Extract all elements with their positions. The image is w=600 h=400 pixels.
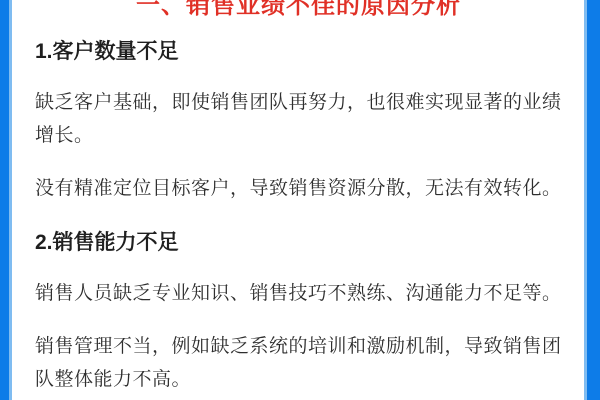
- paragraph: 销售人员缺乏专业知识、销售技巧不熟练、沟通能力不足等。: [35, 277, 562, 310]
- page-background: 一、销售业绩不佳的原因分析 1.客户数量不足 缺乏客户基础，即使销售团队再努力，…: [0, 0, 600, 400]
- section-heading-sales-ability: 2.销售能力不足: [35, 229, 562, 257]
- paragraph: 销售管理不当，例如缺乏系统的培训和激励机制，导致销售团队整体能力不高。: [35, 330, 562, 396]
- page-title: 一、销售业绩不佳的原因分析: [35, 0, 562, 24]
- paragraph: 缺乏客户基础，即使销售团队再努力，也很难实现显著的业绩增长。: [35, 86, 562, 152]
- content-card: 一、销售业绩不佳的原因分析 1.客户数量不足 缺乏客户基础，即使销售团队再努力，…: [9, 0, 587, 400]
- paragraph: 没有精准定位目标客户，导致销售资源分散，无法有效转化。: [35, 172, 562, 205]
- section-heading-customer-count: 1.客户数量不足: [35, 38, 562, 66]
